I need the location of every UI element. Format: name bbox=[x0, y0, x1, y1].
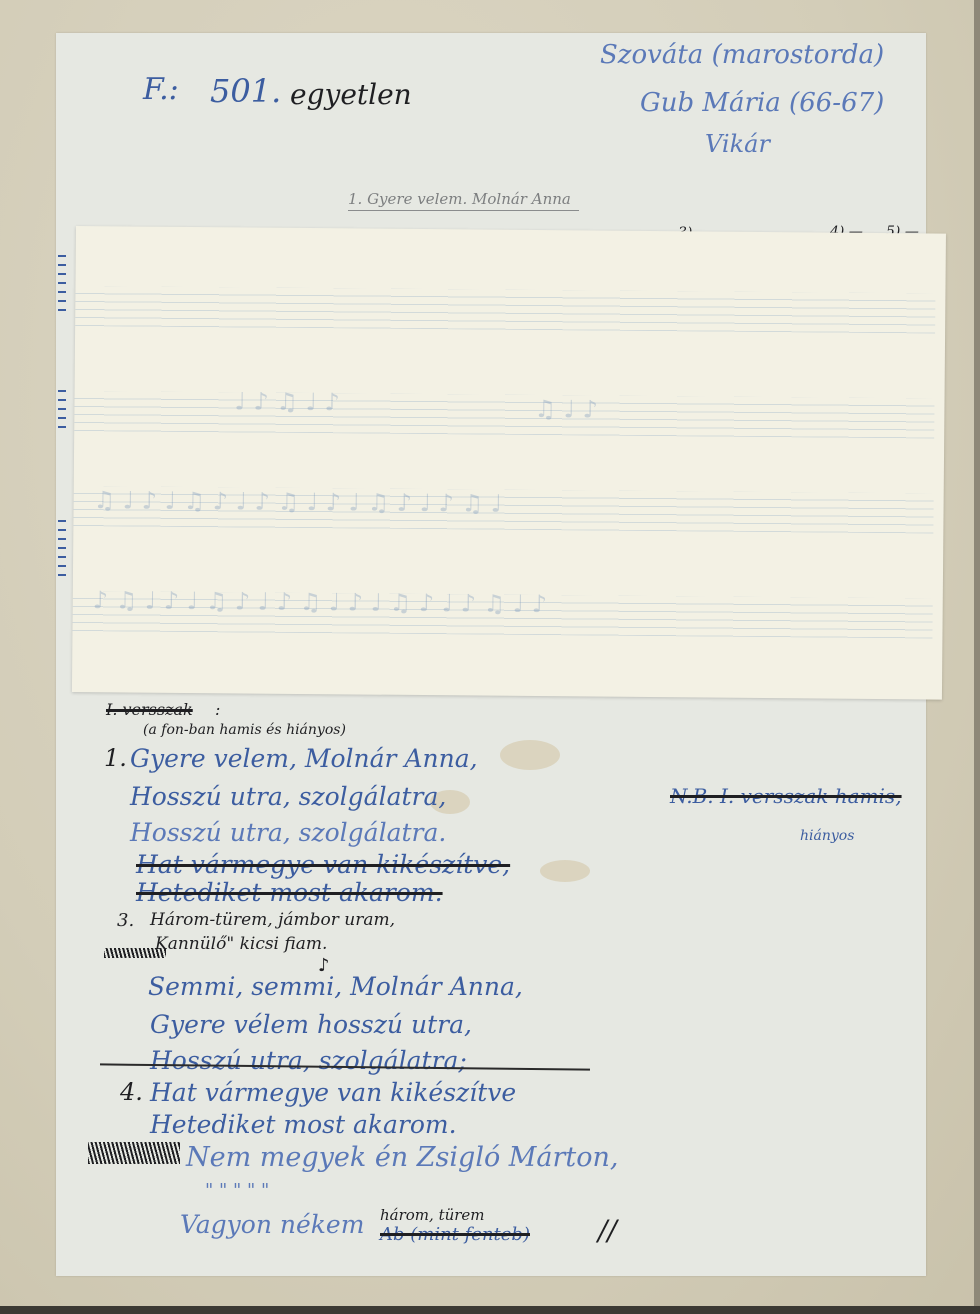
margin-tick-marks bbox=[58, 255, 66, 315]
verse-line: Hetediket most akarom. bbox=[150, 1110, 457, 1139]
verse-number: 4. bbox=[120, 1078, 143, 1106]
board-edge-right bbox=[974, 0, 980, 1314]
final-line: Nem megyek én Zsigló Márton, bbox=[186, 1142, 619, 1173]
verse-line: Három-türem, jámbor uram, bbox=[150, 910, 395, 930]
scribbled-out-text bbox=[104, 948, 166, 958]
pencil-song-title: 1. Gyere velem. Molnár Anna bbox=[348, 190, 579, 211]
music-staff-slip: ♩ ♪ ♫ ♩ ♪ ♫ ♩ ♪ ♫ ♩ ♪ ♩ ♫ ♪ ♩ ♪ ♫ ♩ ♪ ♩ … bbox=[72, 226, 946, 700]
inserted-words: három, türem bbox=[380, 1206, 485, 1224]
verse-number: 1. bbox=[104, 744, 127, 772]
staff-line-group bbox=[74, 391, 934, 439]
struck-verse-line: Hetediket most akarom. bbox=[136, 878, 443, 907]
faint-notation: ♫ ♩ ♪ bbox=[534, 395, 598, 424]
verse-line: Kannülő" kicsi fiam. bbox=[155, 934, 327, 954]
verse-line: Hosszú utra, szolgálatra; bbox=[150, 1046, 467, 1075]
struck-verse-line: Hat vármegye van kikészítve, bbox=[136, 850, 510, 879]
heading-colon: : bbox=[215, 700, 220, 719]
verse-line: Hat vármegye van kikészítve bbox=[150, 1078, 516, 1107]
struck-heading: I. versszak bbox=[106, 700, 193, 719]
faint-notation: ♩ ♪ ♫ ♩ ♪ bbox=[234, 387, 340, 416]
verse-line: Gyere velem, Molnár Anna, bbox=[130, 744, 478, 773]
paper-stain bbox=[500, 740, 560, 770]
ditto-marks: " " " " " bbox=[205, 1180, 269, 1201]
performer-name: Gub Mária (66-67) bbox=[640, 88, 884, 118]
heading-remark: (a fon-ban hamis és hiányos) bbox=[143, 722, 346, 738]
verse-line: Hosszú utra, szolgálatra. bbox=[130, 818, 446, 847]
side-note-struck: N.B. I. versszak hamis, bbox=[670, 784, 902, 808]
collector-name: Vikár bbox=[705, 130, 770, 158]
scribbled-out-text bbox=[88, 1142, 180, 1164]
catalog-label: F.: bbox=[143, 72, 179, 107]
verse-line: Gyere vélem hosszú utra, bbox=[150, 1010, 472, 1039]
side-note-below: hiányos bbox=[800, 828, 854, 844]
verse-line: Semmi, semmi, Molnár Anna, bbox=[148, 972, 523, 1001]
verse-line: Hosszú utra, szolgálatra, bbox=[130, 782, 446, 811]
staff-line-group bbox=[75, 286, 935, 334]
final-line-prefix: Vagyon nékem bbox=[180, 1210, 364, 1239]
margin-tick-marks bbox=[58, 520, 66, 580]
margin-tick-marks bbox=[58, 390, 66, 430]
board-edge-bottom bbox=[0, 1306, 980, 1314]
catalog-number: 501. bbox=[210, 72, 281, 110]
verse-number: 3. bbox=[117, 910, 134, 931]
faint-notation: ♫ ♩ ♪ ♩ ♫ ♪ ♩ ♪ ♫ ♩ ♪ ♩ ♫ ♪ ♩ ♪ ♫ ♩ bbox=[93, 486, 502, 518]
catalog-note: egyetlen bbox=[290, 78, 412, 111]
paper-stain bbox=[540, 860, 590, 882]
faint-notation: ♪ ♫ ♩ ♪ ♩ ♫ ♪ ♩ ♪ ♫ ♩ ♪ ♩ ♫ ♪ ♩ ♪ ♫ ♩ ♪ bbox=[93, 586, 548, 618]
place-name: Szováta (marostorda) bbox=[600, 40, 884, 70]
end-mark: // bbox=[598, 1214, 617, 1247]
struck-text: Ab (mint fenteb) bbox=[380, 1224, 530, 1245]
